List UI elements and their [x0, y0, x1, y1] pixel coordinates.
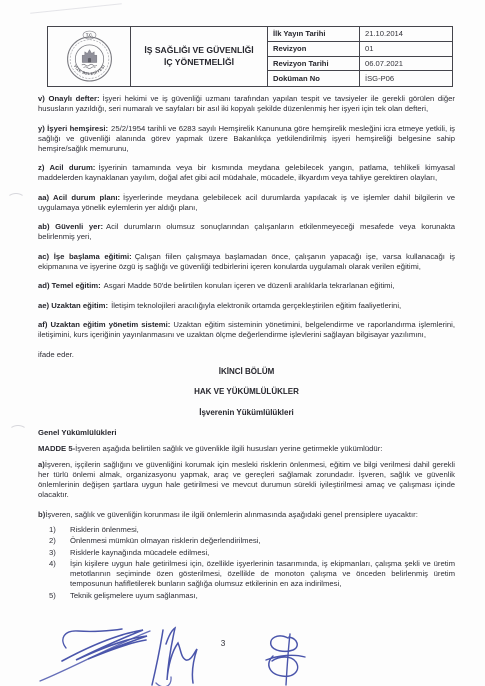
signature-left: [40, 629, 150, 681]
municipality-seal-icon: T.C. VİZE BELEDİYESİ: [62, 29, 117, 84]
chapter-heading: İKİNCİ BÖLÜM: [38, 367, 455, 377]
madde-5-paragraph: MADDE 5-İşveren aşağıda belirtilen sağlı…: [38, 444, 455, 454]
meta-value-column: 21.10.2014 01 06.07.2021 İSG-P06: [360, 27, 452, 86]
list-item: 1)Risklerin önlenmesi,: [38, 525, 455, 535]
definition-lead: aa) Acil durum planı:: [38, 193, 120, 202]
scan-artifact-arc: [7, 193, 25, 205]
list-item: 4)İşin kişilere uygun hale getirilmesi i…: [38, 559, 455, 589]
signature-middle: [152, 628, 197, 686]
section-heading: HAK VE YÜKÜMLÜLÜKLER: [38, 387, 455, 397]
definition-lead: ae) Uzaktan eğitim:: [38, 301, 108, 310]
meta-label: Revizyon: [268, 42, 359, 57]
definition-ac: ac) İşe başlama eğitimi:Çalışan fiilen ç…: [38, 252, 455, 272]
document-body: v) Onaylı defter:İşyeri hekimi ve iş güv…: [38, 94, 455, 602]
scan-artifact-line: [30, 3, 122, 14]
definition-lead: v) Onaylı defter:: [38, 94, 100, 103]
list-number: 5): [49, 591, 70, 601]
meta-label: Doküman No: [268, 71, 359, 86]
clause-b: b)İşveren, sağlık ve güvenliğin korunmas…: [38, 510, 455, 520]
meta-value: 21.10.2014: [360, 27, 452, 42]
definition-ae: ae) Uzaktan eğitim:İletişim teknolojiler…: [38, 301, 455, 311]
clause-lead: a): [38, 460, 45, 469]
meta-value: 06.07.2021: [360, 57, 452, 72]
definition-lead: ac) İşe başlama eğitimi:: [38, 252, 132, 261]
logo-cell: T.C. VİZE BELEDİYESİ: [48, 27, 131, 86]
list-item: 5)Teknik gelişmelere uyum sağlanması,: [38, 591, 455, 601]
signature-right: [266, 634, 305, 685]
list-number: 4): [49, 559, 70, 589]
list-number: 2): [49, 536, 70, 546]
list-number: 3): [49, 548, 70, 558]
list-item: 2)Önlenmesi mümkün olmayan risklerin değ…: [38, 536, 455, 546]
definition-af: af) Uzaktan eğitim yönetim sistemi:Uzakt…: [38, 320, 455, 340]
meta-value: 01: [360, 42, 452, 57]
principles-list: 1)Risklerin önlenmesi, 2)Önlenmesi mümkü…: [38, 525, 455, 601]
meta-label: İlk Yayın Tarihi: [268, 27, 359, 42]
closing-text: ifade eder.: [38, 350, 455, 360]
definition-z: z) Acil durum:İşyerinin tamamında veya b…: [38, 163, 455, 183]
definition-lead: ab) Güvenli yer:: [38, 222, 103, 231]
meta-label-column: İlk Yayın Tarihi Revizyon Revizyon Tarih…: [268, 27, 360, 86]
document-title: İŞ SAĞLIĞI VE GÜVENLİĞİ İÇ YÖNETMELİĞİ: [131, 27, 268, 86]
page-number: 3: [217, 639, 229, 648]
definition-lead: z) Acil durum:: [38, 163, 95, 172]
definition-lead: af) Uzaktan eğitim yönetim sistemi:: [38, 320, 170, 329]
document-page: T.C. VİZE BELEDİYESİ İŞ SAĞLIĞI VE GÜVEN…: [0, 0, 485, 686]
definition-y: y) İşyeri hemşiresi:25/2/1954 tarihli ve…: [38, 124, 455, 154]
meta-value: İSG-P06: [360, 71, 452, 86]
subsection-heading: İşverenin Yükümlülükleri: [38, 408, 455, 418]
madde-5-lead: MADDE 5-: [38, 444, 75, 453]
definition-v: v) Onaylı defter:İşyeri hekimi ve iş güv…: [38, 94, 455, 114]
definition-lead: y) İşyeri hemşiresi:: [38, 124, 108, 133]
definition-aa: aa) Acil durum planı:İşyerlerinde meydan…: [38, 193, 455, 213]
list-item: 3)Risklerle kaynağında mücadele edilmesi…: [38, 548, 455, 558]
list-number: 1): [49, 525, 70, 535]
scan-artifact-arc: [9, 425, 27, 437]
general-obligations-heading: Genel Yükümlülükleri: [38, 428, 455, 438]
header-table: T.C. VİZE BELEDİYESİ İŞ SAĞLIĞI VE GÜVEN…: [47, 26, 453, 87]
definition-lead: ad) Temel eğitim:: [38, 281, 101, 290]
definition-ad: ad) Temel eğitim:Asgari Madde 50'de beli…: [38, 281, 455, 291]
definition-ab: ab) Güvenli yer:Acil durumların olumsuz …: [38, 222, 455, 242]
clause-a: a)İşveren, işçilerin sağlığını ve güvenl…: [38, 460, 455, 500]
meta-label: Revizyon Tarihi: [268, 57, 359, 72]
